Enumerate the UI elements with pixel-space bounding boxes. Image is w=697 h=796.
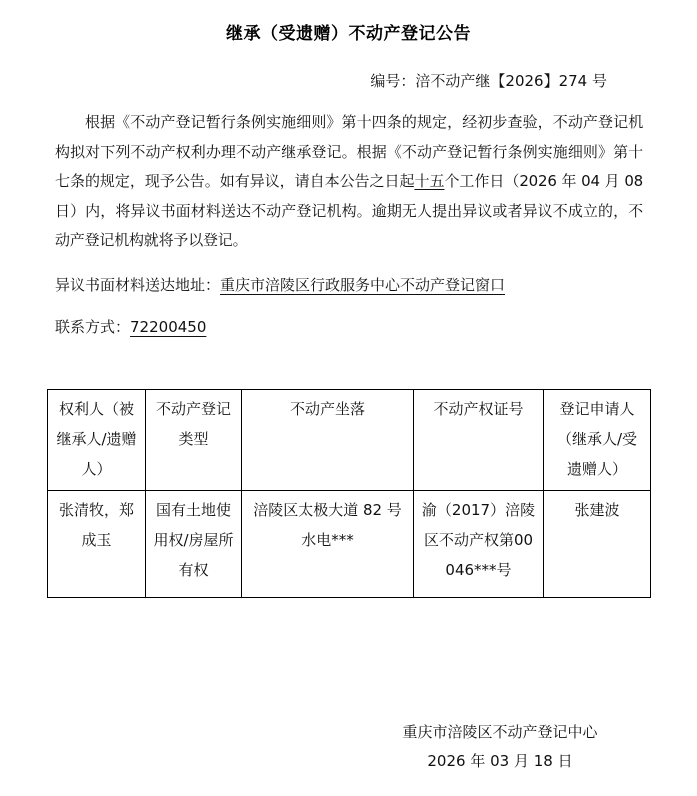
contact-value: 72200450 [130,318,206,336]
contact-label: 联系方式： [55,318,130,336]
header-certificate-no: 不动产权证号 [414,390,544,491]
objection-address-value: 重庆市涪陵区行政服务中心不动产登记窗口 [220,276,505,294]
cell-right-holder: 张清牧，郑成玉 [48,491,146,598]
cell-location: 涪陵区太极大道 82 号水电*** [242,491,414,598]
page-title: 继承（受遗赠）不动产登记公告 [0,19,697,44]
header-registration-type: 不动产登记类型 [146,390,242,491]
issuing-organization: 重庆市涪陵区不动产登记中心 [370,721,630,742]
contact-line: 联系方式：72200450 [55,316,206,337]
objection-address-line: 异议书面材料送达地址：重庆市涪陵区行政服务中心不动产登记窗口 [55,274,505,295]
cell-certificate-no: 渝（2017）涪陵区不动产权第00046***号 [414,491,544,598]
document-number: 编号：涪不动产继【2026】274 号 [370,70,607,91]
registration-table: 权利人（被继承人/遗赠人） 不动产登记类型 不动产坐落 不动产权证号 登记申请人… [47,389,651,598]
announcement-paragraph: 根据《不动产登记暂行条例实施细则》第十四条的规定，经初步查验，不动产登记机构拟对… [55,108,643,256]
header-location: 不动产坐落 [242,390,414,491]
cell-applicant: 张建波 [544,491,651,598]
header-right-holder: 权利人（被继承人/遗赠人） [48,390,146,491]
objection-address-label: 异议书面材料送达地址： [55,276,220,294]
table-row: 张清牧，郑成玉 国有土地使用权/房屋所有权 涪陵区太极大道 82 号水电*** … [48,491,651,598]
objection-period-days: 十五 [414,172,444,190]
issue-date: 2026 年 03 月 18 日 [370,750,630,771]
header-applicant: 登记申请人（继承人/受遗赠人） [544,390,651,491]
table-header-row: 权利人（被继承人/遗赠人） 不动产登记类型 不动产坐落 不动产权证号 登记申请人… [48,390,651,491]
cell-registration-type: 国有土地使用权/房屋所有权 [146,491,242,598]
